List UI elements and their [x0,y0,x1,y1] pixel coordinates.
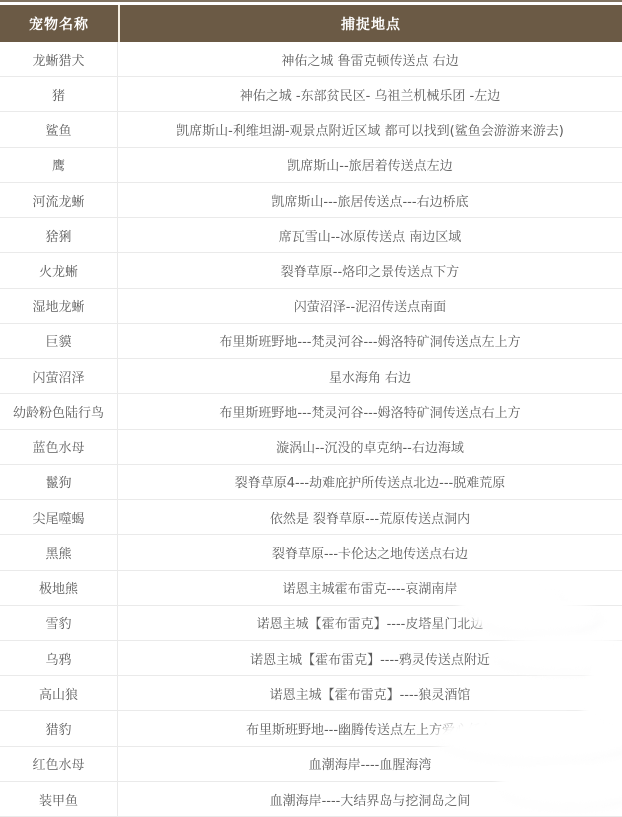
top-border-rule [0,0,622,2]
table-row: 黑熊 裂脊草原---卡伦达之地传送点右边 [0,535,622,570]
smudge-overlay [438,716,622,760]
capture-location-cell: 布里斯班野地---梵灵河谷---姆洛特矿洞传送点右上方 [118,394,622,428]
pet-capture-table: 宠物名称 捕捉地点 龙蜥猎犬 神佑之城 鲁雷克顿传送点 右边 猪 神佑之城 -东… [0,5,622,817]
pet-name-cell: 河流龙蜥 [0,183,118,217]
table-row: 鲨鱼 凯席斯山-利维坦湖-观景点附近区域 都可以找到(鲨鱼会游游来游去) [0,112,622,147]
table-row: 闪萤沼泽 星水海角 右边 [0,359,622,394]
table-row: 猞猁 席瓦雪山--冰原传送点 南边区域 [0,218,622,253]
table-row: 尖尾噬蝎 依然是 裂脊草原---荒原传送点洞内 [0,500,622,535]
pet-name-cell: 幼龄粉色陆行鸟 [0,394,118,428]
table-row: 鹰 凯席斯山--旅居着传送点左边 [0,148,622,183]
capture-location-cell: 席瓦雪山--冰原传送点 南边区域 [118,218,622,252]
pet-name-cell: 闪萤沼泽 [0,359,118,393]
page: 宠物名称 捕捉地点 龙蜥猎犬 神佑之城 鲁雷克顿传送点 右边 猪 神佑之城 -东… [0,0,622,817]
table-row: 龙蜥猎犬 神佑之城 鲁雷克顿传送点 右边 [0,42,622,77]
header-pet-name: 宠物名称 [0,5,120,42]
capture-location-cell: 漩涡山--沉没的卓克纳--右边海域 [118,430,622,464]
table-header-row: 宠物名称 捕捉地点 [0,5,622,42]
table-row: 猪 神佑之城 -东部贫民区- 乌祖兰机械乐团 -左边 [0,77,622,112]
pet-name-cell: 高山狼 [0,676,118,710]
table-row: 幼龄粉色陆行鸟 布里斯班野地---梵灵河谷---姆洛特矿洞传送点右上方 [0,394,622,429]
table-row: 蓝色水母 漩涡山--沉没的卓克纳--右边海域 [0,430,622,465]
capture-location-cell: 星水海角 右边 [118,359,622,393]
capture-location-cell: 依然是 裂脊草原---荒原传送点洞内 [118,500,622,534]
pet-name-cell: 猎豹 [0,711,118,745]
smudge-overlay [478,603,598,633]
pet-name-cell: 猞猁 [0,218,118,252]
capture-location-cell: 裂脊草原--烙印之景传送点下方 [118,253,622,287]
table-row: 河流龙蜥 凯席斯山---旅居传送点---右边桥底 [0,183,622,218]
pet-name-cell: 极地熊 [0,571,118,605]
table-row: 高山狼 诺恩主城【霍布雷克】----狼灵酒馆 [0,676,622,711]
pet-name-cell: 巨貘 [0,324,118,358]
pet-name-cell: 红色水母 [0,747,118,781]
pet-name-cell: 鬣狗 [0,465,118,499]
pet-name-cell: 乌鸦 [0,641,118,675]
capture-location-cell: 神佑之城 -东部贫民区- 乌祖兰机械乐团 -左边 [118,77,622,111]
capture-location-cell: 凯席斯山-利维坦湖-观景点附近区域 都可以找到(鲨鱼会游游来游去) [118,112,622,146]
pet-name-cell: 雪豹 [0,606,118,640]
table-body: 龙蜥猎犬 神佑之城 鲁雷克顿传送点 右边 猪 神佑之城 -东部贫民区- 乌祖兰机… [0,42,622,817]
pet-name-cell: 猪 [0,77,118,111]
table-row: 鬣狗 裂脊草原4---劫难庇护所传送点北边---脱难荒原 [0,465,622,500]
header-capture-location: 捕捉地点 [120,5,622,42]
pet-name-cell: 鲨鱼 [0,112,118,146]
pet-name-cell: 装甲鱼 [0,782,118,816]
pet-name-cell: 黑熊 [0,535,118,569]
pet-name-cell: 火龙蜥 [0,253,118,287]
table-row: 湿地龙蜥 闪萤沼泽--泥沼传送点南面 [0,289,622,324]
capture-location-cell: 凯席斯山--旅居着传送点左边 [118,148,622,182]
capture-location-cell: 诺恩主城【霍布雷克】----狼灵酒馆 [118,676,622,710]
pet-name-cell: 尖尾噬蝎 [0,500,118,534]
capture-location-cell: 裂脊草原---卡伦达之地传送点右边 [118,535,622,569]
capture-location-cell: 凯席斯山---旅居传送点---右边桥底 [118,183,622,217]
pet-name-cell: 蓝色水母 [0,430,118,464]
capture-location-cell: 布里斯班野地---梵灵河谷---姆洛特矿洞传送点左上方 [118,324,622,358]
table-row: 巨貘 布里斯班野地---梵灵河谷---姆洛特矿洞传送点左上方 [0,324,622,359]
capture-location-cell: 裂脊草原4---劫难庇护所传送点北边---脱难荒原 [118,465,622,499]
table-row: 火龙蜥 裂脊草原--烙印之景传送点下方 [0,253,622,288]
pet-name-cell: 鹰 [0,148,118,182]
pet-name-cell: 湿地龙蜥 [0,289,118,323]
capture-location-cell: 闪萤沼泽--泥沼传送点南面 [118,289,622,323]
pet-name-cell: 龙蜥猎犬 [0,42,118,76]
capture-location-cell: 神佑之城 鲁雷克顿传送点 右边 [118,42,622,76]
